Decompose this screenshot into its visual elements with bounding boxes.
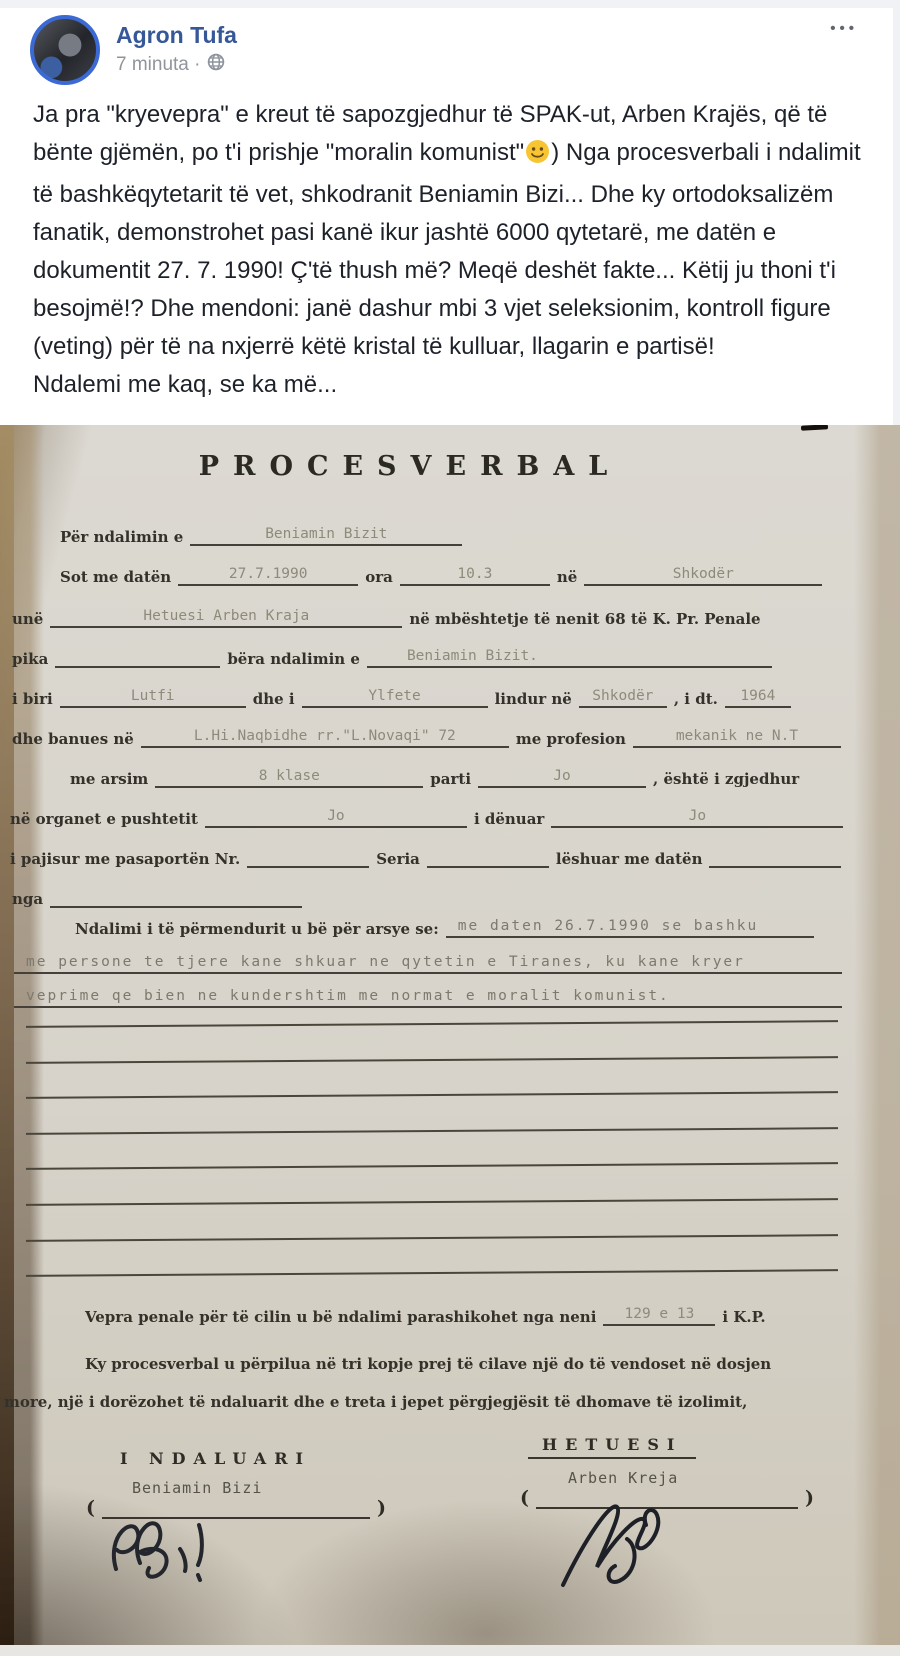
field-label: me arsim bbox=[70, 770, 148, 788]
field-pika-bera: pika bëra ndalimin e Beniamin Bizit. bbox=[12, 647, 772, 668]
field-label: Sot me datën bbox=[60, 568, 171, 586]
ruled-line bbox=[26, 1020, 838, 1028]
field-value: me daten 26.7.1990 se bashku bbox=[458, 918, 758, 934]
field-label: në organet e pushtetit bbox=[10, 810, 198, 828]
field-label: parti bbox=[430, 770, 471, 788]
field-blank: me daten 26.7.1990 se bashku bbox=[446, 917, 814, 938]
field-label: i K.P. bbox=[722, 1308, 765, 1326]
signature-right-title: HETUESI bbox=[528, 1435, 696, 1459]
field-blank bbox=[50, 887, 302, 908]
field-value: me persone te tjere kane shkuar ne qytet… bbox=[26, 954, 745, 970]
photo-bottom-edge bbox=[0, 1645, 900, 1656]
field-value: Shkodër bbox=[673, 566, 734, 582]
field-nga: nga bbox=[12, 887, 302, 908]
detained-title: I NDALUARI bbox=[120, 1449, 311, 1468]
field-label: bëra ndalimin e bbox=[227, 650, 360, 668]
field-label: Vepra penale për të cilin u bë ndalimi p… bbox=[85, 1308, 596, 1326]
detained-name: Beniamin Bizi bbox=[132, 1479, 262, 1497]
field-blank: me persone te tjere kane shkuar ne qytet… bbox=[14, 953, 842, 974]
field-value: Beniamin Bizit bbox=[265, 526, 387, 542]
paren-open: ( bbox=[86, 1497, 95, 1519]
ruled-line bbox=[26, 1234, 838, 1242]
field-value: 8 klase bbox=[259, 768, 320, 784]
field-blank: Hetuesi Arben Kraja bbox=[50, 607, 402, 628]
field-une-hetuesi: unë Hetuesi Arben Kraja në mbështetje të… bbox=[12, 607, 761, 628]
field-blank bbox=[709, 847, 841, 868]
signature-investigator bbox=[545, 1487, 735, 1602]
field-blank: Ylfete bbox=[302, 687, 488, 708]
field-pasaporte: i pajisur me pasaportën Nr. Seria lëshua… bbox=[10, 847, 841, 868]
field-value: Hetuesi Arben Kraja bbox=[143, 608, 309, 624]
field-value: L.Hi.Naqbidhe rr."L.Novaqi" 72 bbox=[194, 728, 456, 744]
field-label: lëshuar me datën bbox=[556, 850, 703, 868]
field-organet-denuar: në organet e pushtetit Jo i dënuar Jo bbox=[10, 807, 843, 828]
document-title: PROCESVERBAL bbox=[0, 451, 820, 482]
field-blank bbox=[427, 847, 549, 868]
field-label: unë bbox=[12, 610, 43, 628]
field-value: 1964 bbox=[740, 688, 775, 704]
field-label: pika bbox=[12, 650, 48, 668]
facebook-post: Agron Tufa 7 minuta · ••• Ja pra "kryeve… bbox=[0, 0, 900, 1656]
field-value: Lutfi bbox=[131, 688, 175, 704]
field-value: 129 e 13 bbox=[625, 1306, 695, 1322]
field-label: i pajisur me pasaportën Nr. bbox=[10, 850, 240, 868]
ruled-line bbox=[26, 1162, 838, 1170]
field-blank: 27.7.1990 bbox=[178, 565, 358, 586]
avatar[interactable] bbox=[30, 15, 100, 85]
ruled-line bbox=[26, 1269, 838, 1277]
field-label: në bbox=[557, 568, 577, 586]
field-blank: Shkodër bbox=[584, 565, 822, 586]
field-blank: L.Hi.Naqbidhe rr."L.Novaqi" 72 bbox=[141, 727, 509, 748]
field-blank bbox=[55, 647, 220, 668]
post-text-part2: ) Nga procesverbali i ndalimit të bashkë… bbox=[33, 139, 861, 360]
field-label: , i dt. bbox=[674, 690, 718, 708]
field-blank: 8 klase bbox=[155, 767, 423, 788]
investigator-name: Arben Kreja bbox=[568, 1469, 678, 1487]
field-blank: Beniamin Bizit. bbox=[367, 647, 772, 668]
closing-line1: Ky procesverbal u përpilua në tri kopje … bbox=[85, 1355, 771, 1373]
public-globe-icon bbox=[207, 53, 225, 77]
field-value: 27.7.1990 bbox=[229, 566, 308, 582]
post-image-procesverbal[interactable]: PROCESVERBAL Për ndalimin e Beniamin Biz… bbox=[0, 425, 900, 1645]
signature-detained bbox=[100, 1505, 280, 1595]
post-text: Ja pra "kryevepra" e kreut të sapozgjedh… bbox=[33, 96, 867, 404]
field-value: Shkodër bbox=[592, 688, 653, 704]
field-label: dhe banues në bbox=[12, 730, 134, 748]
field-value: Jo bbox=[553, 768, 570, 784]
field-label: me profesion bbox=[516, 730, 626, 748]
post-options-menu-icon[interactable]: ••• bbox=[830, 20, 858, 37]
ruled-line bbox=[26, 1127, 838, 1135]
field-blank: veprime qe bien ne kundershtim me normat… bbox=[14, 987, 842, 1008]
field-value: Beniamin Bizit. bbox=[379, 648, 538, 664]
field-blank bbox=[247, 847, 369, 868]
post-header: Agron Tufa 7 minuta · bbox=[30, 15, 237, 85]
field-arsye-line3: veprime qe bien ne kundershtim me normat… bbox=[14, 987, 842, 1008]
paren-close: ) bbox=[377, 1497, 386, 1519]
field-banues-profesion: dhe banues në L.Hi.Naqbidhe rr."L.Novaqi… bbox=[12, 727, 841, 748]
field-label: ora bbox=[365, 568, 393, 586]
signature-left-title: I NDALUARI bbox=[120, 1449, 311, 1468]
field-arsim-parti: me arsim 8 klase parti Jo , është i zgje… bbox=[70, 767, 799, 788]
field-label: lindur në bbox=[495, 690, 572, 708]
page-background-strip bbox=[0, 0, 900, 8]
field-label: Seria bbox=[376, 850, 420, 868]
field-label: i dënuar bbox=[474, 810, 544, 828]
field-label: Ndalimi i të përmendurit u bë për arsye … bbox=[75, 920, 439, 938]
field-blank: Beniamin Bizit bbox=[190, 525, 462, 546]
field-label: Për ndalimin e bbox=[60, 528, 183, 546]
field-blank: Shkodër bbox=[579, 687, 667, 708]
field-date-ora-ne: Sot me datën 27.7.1990 ora 10.3 në Shkod… bbox=[60, 565, 822, 586]
post-timestamp[interactable]: 7 minuta · bbox=[116, 54, 200, 76]
field-blank: 10.3 bbox=[400, 565, 550, 586]
field-label: dhe i bbox=[253, 690, 295, 708]
field-value: 10.3 bbox=[457, 566, 492, 582]
author-name-link[interactable]: Agron Tufa bbox=[116, 23, 237, 47]
page-background-strip-right bbox=[893, 8, 900, 425]
photo-fold-mark bbox=[801, 425, 828, 431]
paren-close: ) bbox=[805, 1487, 814, 1509]
signature-right-name: Arben Kreja bbox=[568, 1469, 678, 1487]
closing-line2: more, një i dorëzohet të ndaluarit dhe e… bbox=[4, 1393, 747, 1411]
field-blank: Lutfi bbox=[60, 687, 246, 708]
field-value: Ylfete bbox=[368, 688, 420, 704]
field-blank: Jo bbox=[478, 767, 646, 788]
field-label: në mbështetje të nenit 68 të K. Pr. Pena… bbox=[409, 610, 760, 628]
field-blank: 1964 bbox=[725, 687, 791, 708]
ruled-line bbox=[26, 1198, 838, 1206]
field-biri-lindur: i biri Lutfi dhe i Ylfete lindur në Shko… bbox=[12, 687, 791, 708]
smiley-emoji bbox=[525, 138, 550, 176]
field-value: Jo bbox=[327, 808, 344, 824]
field-blank: mekanik ne N.T bbox=[633, 727, 841, 748]
post-text-part3: Ndalemi me kaq, se ka më... bbox=[33, 371, 337, 398]
field-label: i biri bbox=[12, 690, 53, 708]
investigator-title: HETUESI bbox=[528, 1435, 696, 1459]
field-value: mekanik ne N.T bbox=[676, 728, 798, 744]
ruled-line bbox=[26, 1091, 838, 1099]
field-ndalimin: Për ndalimin e Beniamin Bizit bbox=[60, 525, 462, 546]
field-arsye-line2: me persone te tjere kane shkuar ne qytet… bbox=[14, 953, 842, 974]
field-label: , është i zgjedhur bbox=[653, 770, 799, 788]
signature-left-name: Beniamin Bizi bbox=[132, 1479, 262, 1497]
paren-open: ( bbox=[520, 1487, 529, 1509]
field-value: veprime qe bien ne kundershtim me normat… bbox=[26, 988, 670, 1004]
field-arsye: Ndalimi i të përmendurit u bë për arsye … bbox=[75, 917, 814, 938]
field-vepra-penale: Vepra penale për të cilin u bë ndalimi p… bbox=[85, 1305, 766, 1326]
field-blank: 129 e 13 bbox=[603, 1305, 715, 1326]
field-blank: Jo bbox=[551, 807, 843, 828]
field-value: Jo bbox=[689, 808, 706, 824]
closing-text: more, një i dorëzohet të ndaluarit dhe e… bbox=[4, 1393, 747, 1411]
field-label: nga bbox=[12, 890, 43, 908]
field-blank: Jo bbox=[205, 807, 467, 828]
ruled-line bbox=[26, 1056, 838, 1064]
closing-text: Ky procesverbal u përpilua në tri kopje … bbox=[85, 1355, 771, 1373]
